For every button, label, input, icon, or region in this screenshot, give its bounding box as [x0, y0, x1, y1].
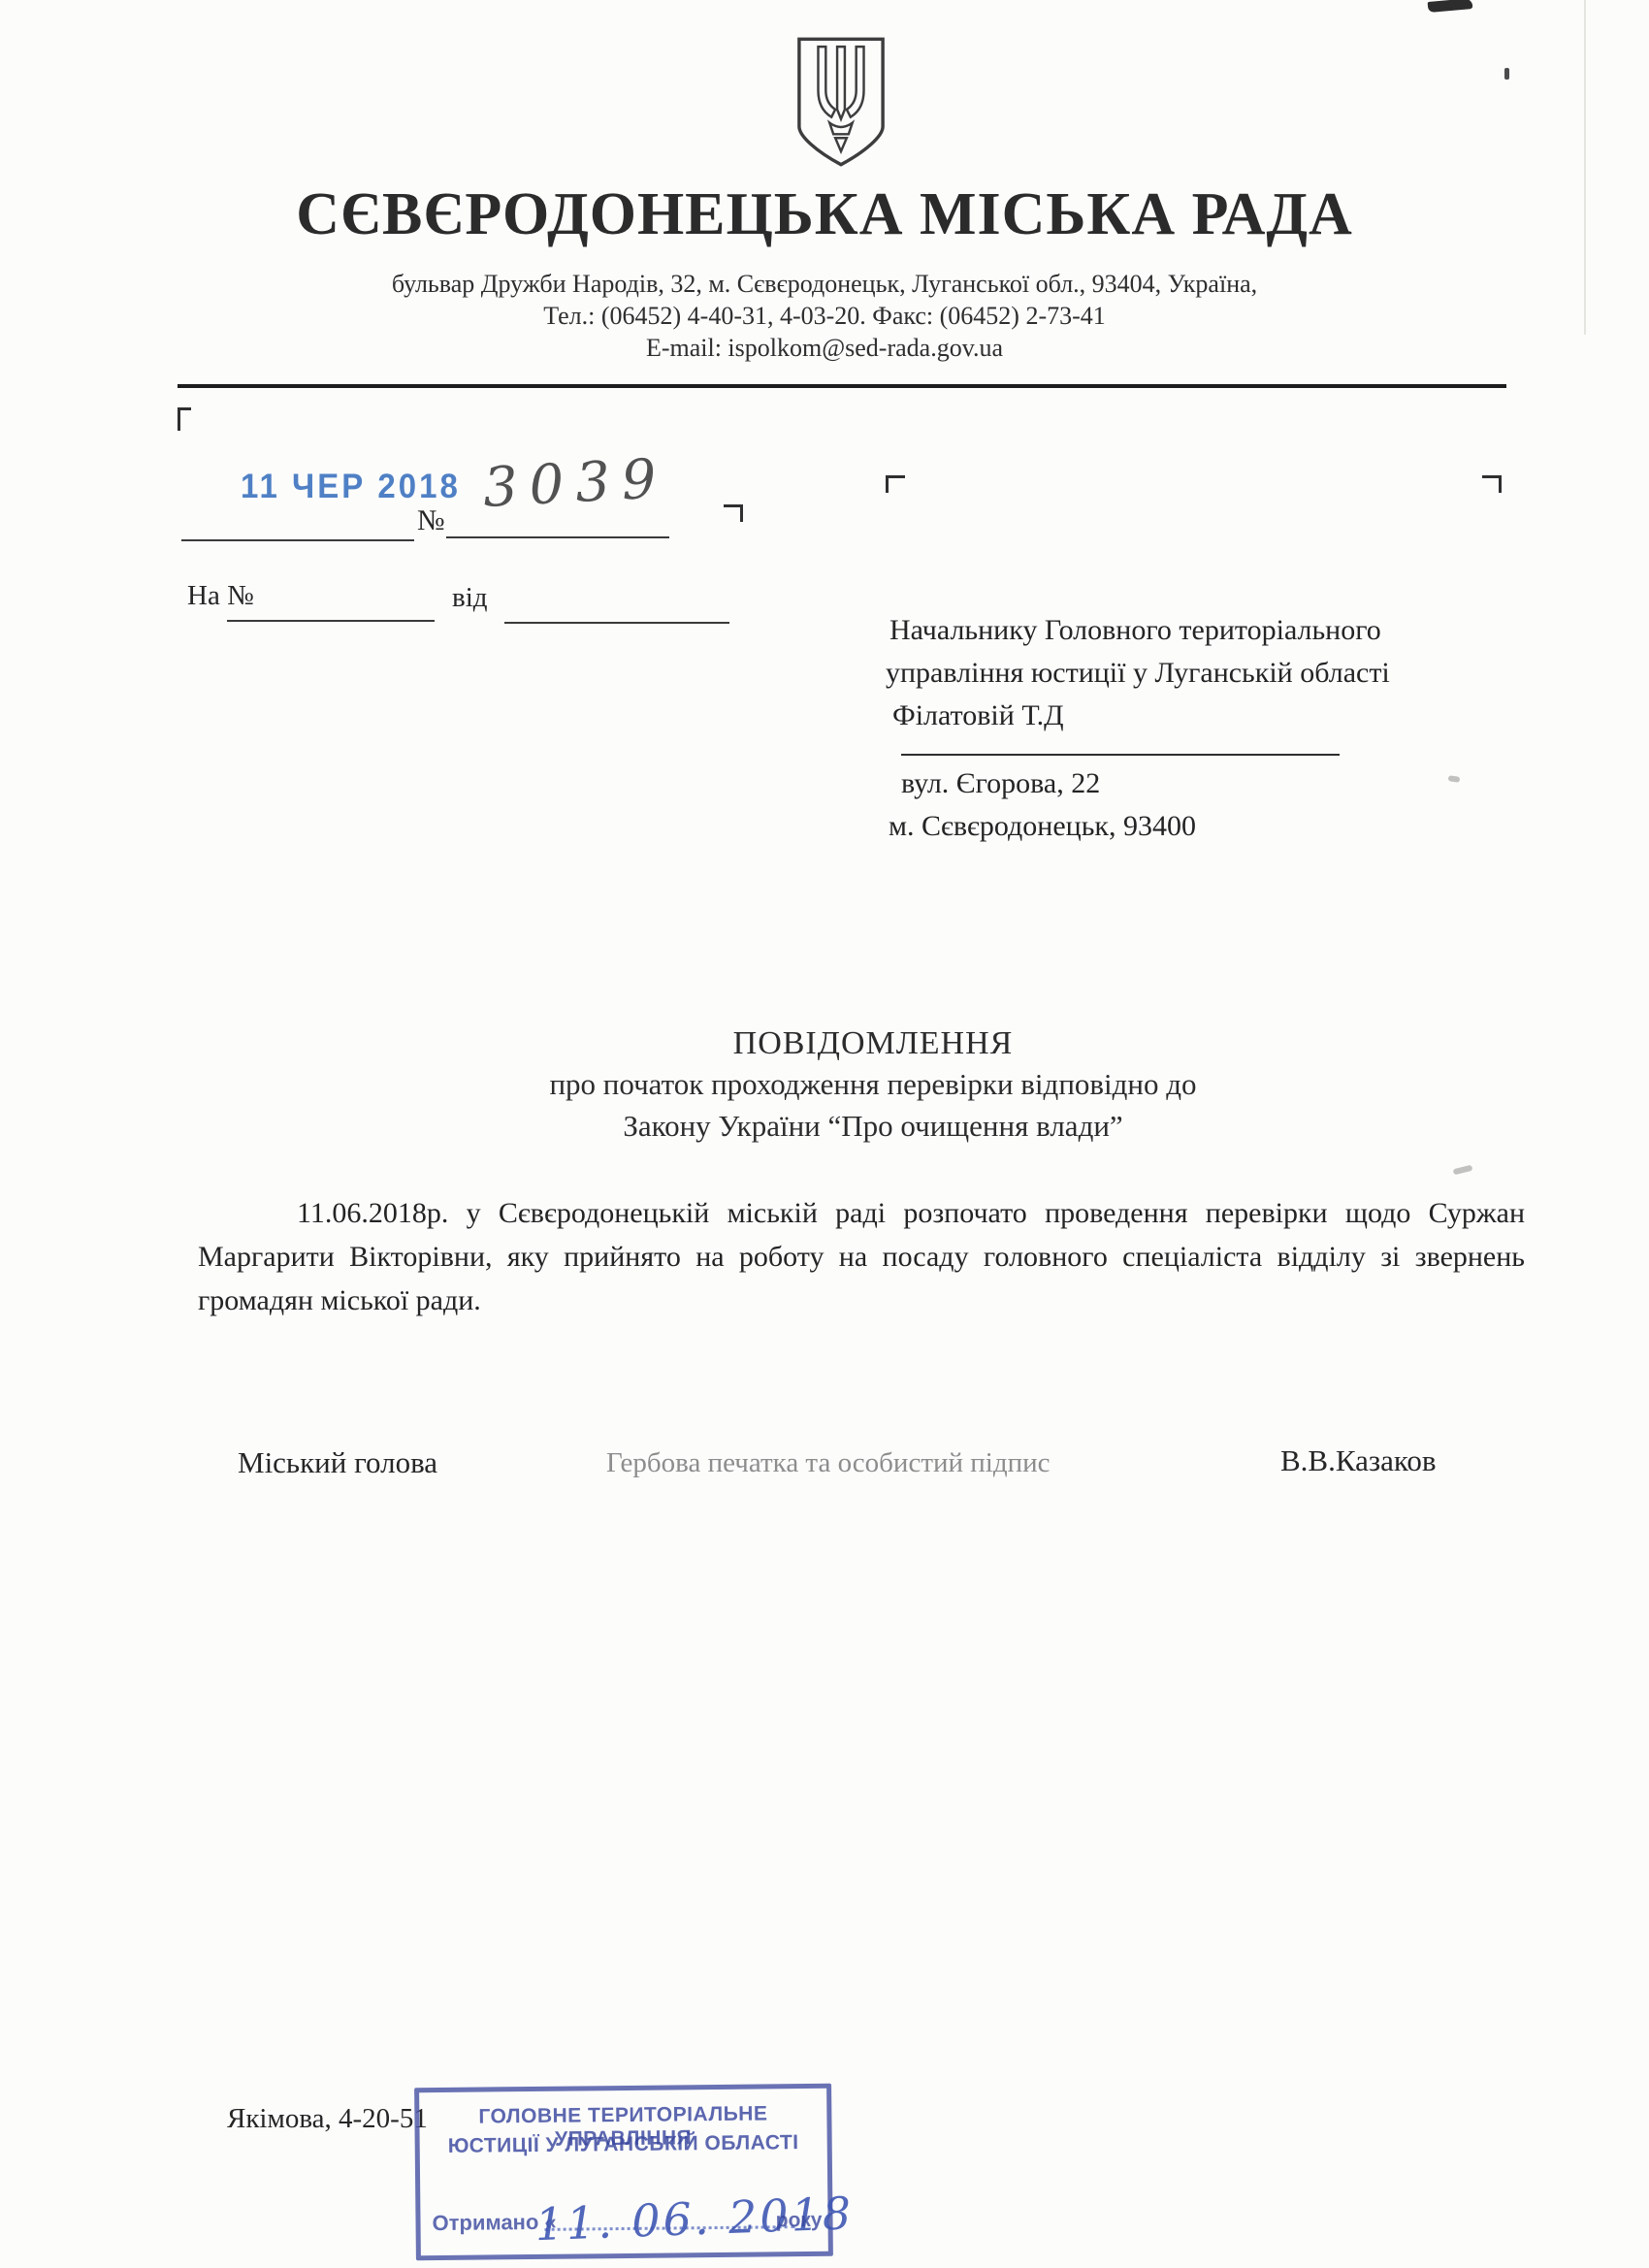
- stamp-year-label: року: [776, 2209, 823, 2232]
- header-divider-line: [178, 384, 1506, 388]
- scanned-letter-page: СЄВЄРОДОНЕЦЬКА МІСЬКА РАДА бульвар Дружб…: [0, 0, 1649, 2268]
- reply-number-blank-line: [227, 620, 435, 622]
- notice-subtitle: про початок проходження перевірки відпов…: [194, 1067, 1552, 1102]
- corner-mark: [886, 475, 905, 493]
- corner-mark: [1482, 475, 1502, 493]
- org-phone-fax-line: Тел.: (06452) 4-40-31, 4-03-20. Факс: (0…: [0, 302, 1649, 331]
- recipient-line: управління юстиції у Луганській області: [886, 657, 1390, 690]
- corner-mark: [724, 504, 743, 522]
- reply-to-number-label: На №: [187, 580, 254, 612]
- org-email-line: E-mail: ispolkom@sed-rada.gov.ua: [0, 334, 1649, 363]
- scan-speck: [1448, 775, 1461, 783]
- number-underline: [446, 536, 669, 538]
- signer-name: В.В.Казаков: [1280, 1443, 1437, 1478]
- executor-contact: Якімова, 4-20-51: [227, 2103, 428, 2135]
- scan-smudge-artifact: [1428, 0, 1473, 13]
- number-sign-label: №: [417, 504, 445, 537]
- recipient-underline: [901, 754, 1340, 756]
- incoming-date-stamp: 11 ЧЕР 2018: [241, 466, 461, 505]
- reply-date-blank-line: [504, 622, 729, 624]
- scan-speck: [1453, 1165, 1473, 1176]
- notice-title: ПОВІДОМЛЕННЯ: [194, 1025, 1552, 1062]
- recipient-city: м. Сєвєродонецьк, 93400: [889, 810, 1196, 843]
- reply-from-date-label: від: [452, 582, 488, 614]
- corner-mark: [178, 407, 191, 431]
- handwritten-outgoing-number: 3039: [481, 447, 669, 520]
- signer-position: Міський голова: [238, 1445, 437, 1480]
- recipient-street: вул. Єгорова, 22: [901, 767, 1100, 800]
- notice-body-paragraph: 11.06.2018р. у Сєвєродонецькій міській р…: [198, 1191, 1525, 1322]
- date-underline: [181, 539, 414, 541]
- seal-and-signature-note: Гербова печатка та особистий підпис: [606, 1447, 1051, 1479]
- received-ink-stamp: ГОЛОВНЕ ТЕРИТОРІАЛЬНЕ УПРАВЛІННЯ ЮСТИЦІЇ…: [414, 2084, 833, 2260]
- org-address-line: бульвар Дружби Народів, 32, м. Сєвєродон…: [0, 270, 1649, 299]
- organization-name: СЄВЄРОДОНЕЦЬКА МІСЬКА РАДА: [0, 180, 1649, 249]
- stamp-org-line: ЮСТИЦІЇ У ЛУГАНСЬКІЙ ОБЛАСТІ: [420, 2131, 827, 2158]
- ukraine-trident-emblem-icon: [793, 33, 889, 171]
- notice-subtitle: Закону України “Про очищення влади”: [194, 1109, 1552, 1144]
- recipient-line: Начальнику Головного територіального: [889, 614, 1381, 647]
- scan-speck: [1504, 68, 1509, 80]
- recipient-name: Філатовій Т.Д: [892, 699, 1064, 732]
